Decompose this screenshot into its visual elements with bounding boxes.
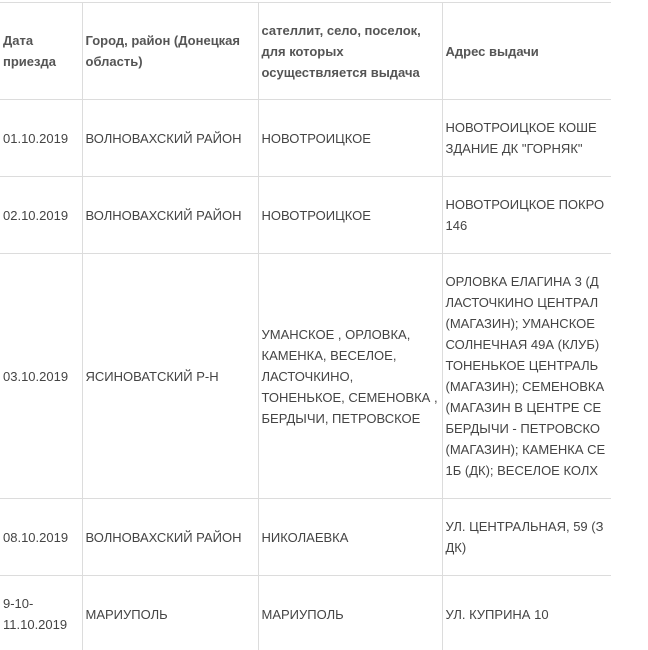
header-date: Дата приезда [0,3,82,100]
table-row: 01.10.2019 ВОЛНОВАХСКИЙ РАЙОН НОВОТРОИЦК… [0,100,611,177]
table-row: 08.10.2019 ВОЛНОВАХСКИЙ РАЙОН НИКОЛАЕВКА… [0,499,611,576]
schedule-table: Дата приезда Город, район (Донецкая обла… [0,2,611,650]
cell-date: 02.10.2019 [0,177,82,254]
cell-address: УЛ. КУПРИНА 10 [442,576,611,650]
cell-satellite: УМАНСКОЕ , ОРЛОВКА, КАМЕНКА, ВЕСЕЛОЕ, ЛА… [258,254,442,499]
address-line: СОЛНЕЧНАЯ 49А (КЛУБ) [446,334,612,355]
address-line: (МАГАЗИН); СЕМЕНОВКА [446,376,612,397]
header-satellite: сателлит, село, поселок, для которых осу… [258,3,442,100]
address-line: ОРЛОВКА ЕЛАГИНА 3 (Д [446,271,612,292]
cell-satellite: НОВОТРОИЦКОЕ [258,177,442,254]
cell-city: МАРИУПОЛЬ [82,576,258,650]
cell-date: 01.10.2019 [0,100,82,177]
cell-address: ОРЛОВКА ЕЛАГИНА 3 (Д ЛАСТОЧКИНО ЦЕНТРАЛ … [442,254,611,499]
cell-date: 08.10.2019 [0,499,82,576]
table-row: 03.10.2019 ЯСИНОВАТСКИЙ Р-Н УМАНСКОЕ , О… [0,254,611,499]
address-line: НОВОТРОИЦКОЕ ПОКРО [446,194,612,215]
address-line: НОВОТРОИЦКОЕ КОШЕ [446,117,612,138]
cell-city: ВОЛНОВАХСКИЙ РАЙОН [82,177,258,254]
cell-date: 9-10-11.10.2019 [0,576,82,650]
address-line: ЛАСТОЧКИНО ЦЕНТРАЛ [446,292,612,313]
address-line: 146 [446,215,612,236]
table-row: 02.10.2019 ВОЛНОВАХСКИЙ РАЙОН НОВОТРОИЦК… [0,177,611,254]
address-line: (МАГАЗИН); УМАНСКОЕ [446,313,612,334]
cell-address: НОВОТРОИЦКОЕ ПОКРО 146 [442,177,611,254]
header-city: Город, район (Донецкая область) [82,3,258,100]
address-line: ЗДАНИЕ ДК "ГОРНЯК" [446,138,612,159]
cell-address: УЛ. ЦЕНТРАЛЬНАЯ, 59 (З ДК) [442,499,611,576]
cell-satellite: МАРИУПОЛЬ [258,576,442,650]
schedule-table-container: Дата приезда Город, район (Донецкая обла… [0,2,611,650]
address-line: ДК) [446,537,612,558]
table-row: 9-10-11.10.2019 МАРИУПОЛЬ МАРИУПОЛЬ УЛ. … [0,576,611,650]
cell-city: ВОЛНОВАХСКИЙ РАЙОН [82,100,258,177]
address-line: 1Б (ДК); ВЕСЕЛОЕ КОЛХ [446,460,612,481]
address-line: УЛ. КУПРИНА 10 [446,604,612,625]
address-line: ТОНЕНЬКОЕ ЦЕНТРАЛЬ [446,355,612,376]
cell-satellite: НОВОТРОИЦКОЕ [258,100,442,177]
address-line: УЛ. ЦЕНТРАЛЬНАЯ, 59 (З [446,516,612,537]
address-line: (МАГАЗИН В ЦЕНТРЕ СЕ [446,397,612,418]
cell-satellite: НИКОЛАЕВКА [258,499,442,576]
header-address: Адрес выдачи [442,3,611,100]
address-line: БЕРДЫЧИ - ПЕТРОВСКО [446,418,612,439]
address-line: (МАГАЗИН); КАМЕНКА СЕ [446,439,612,460]
cell-city: ВОЛНОВАХСКИЙ РАЙОН [82,499,258,576]
cell-address: НОВОТРОИЦКОЕ КОШЕ ЗДАНИЕ ДК "ГОРНЯК" [442,100,611,177]
cell-date: 03.10.2019 [0,254,82,499]
cell-city: ЯСИНОВАТСКИЙ Р-Н [82,254,258,499]
table-header-row: Дата приезда Город, район (Донецкая обла… [0,3,611,100]
